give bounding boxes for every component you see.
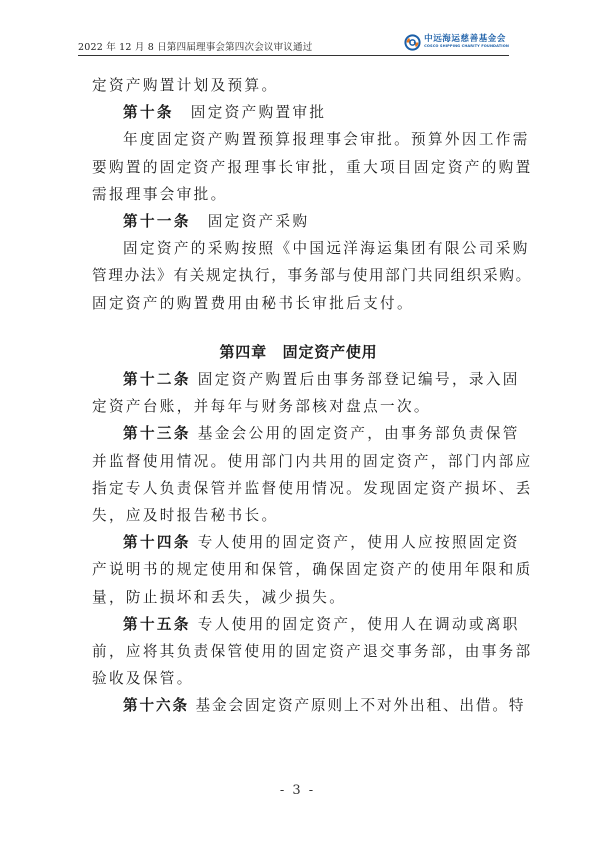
paragraph-line: 产说明书的规定使用和保管，确保固定资产的使用年限和质 <box>92 556 505 583</box>
article-15: 第十五条 专人使用的固定资产，使用人在调动或离职 <box>92 611 505 638</box>
paragraph-line: 管理办法》有关规定执行，事务部与使用部门共同组织采购。 <box>92 262 505 289</box>
article-text: 基金会公用的固定资产，由事务部负责保管 <box>198 425 520 442</box>
article-label: 第十一条 <box>123 213 191 230</box>
foundation-logo: 中远海运慈善基金会 COSCO SHIPPING CHARITY FOUNDAT… <box>404 32 509 52</box>
article-text: 专人使用的固定资产，使用人应按照固定资 <box>198 534 520 551</box>
paragraph-line: 前，应将其负责保管使用的固定资产退交事务部，由事务部 <box>92 638 505 665</box>
paragraph-line: 固定资产的采购按照《中国远洋海运集团有限公司采购 <box>92 235 505 262</box>
article-14: 第十四条 专人使用的固定资产，使用人应按照固定资 <box>92 529 505 556</box>
article-label: 第十二条 <box>123 371 191 388</box>
paragraph-line: 并监督使用情况。使用部门内共用的固定资产，部门内部应 <box>92 448 505 475</box>
paragraph-line: 量，防止损坏和丢失，减少损失。 <box>92 584 505 611</box>
paragraph-line: 失，应及时报告秘书长。 <box>92 502 505 529</box>
logo-name-cn: 中远海运慈善基金会 <box>424 35 509 44</box>
paragraph-line: 验收及保管。 <box>92 665 505 692</box>
article-label: 第十六条 <box>123 697 189 714</box>
globe-logo-icon <box>404 34 421 51</box>
paragraph-line: 定资产台账，并每年与财务部核对盘点一次。 <box>92 393 505 420</box>
paragraph-line: 指定专人负责保管并监督使用情况。发现固定资产损坏、丢 <box>92 475 505 502</box>
article-16: 第十六条 基金会固定资产原则上不对外出租、出借。特 <box>92 692 505 719</box>
article-label: 第十四条 <box>123 534 191 551</box>
paragraph-line: 需报理事会审批。 <box>92 181 505 208</box>
article-13: 第十三条 基金会公用的固定资产，由事务部负责保管 <box>92 420 505 447</box>
header-divider <box>78 55 509 56</box>
article-heading: 第十一条 固定资产采购 <box>92 208 505 235</box>
article-12: 第十二条 固定资产购置后由事务部登记编号，录入固 <box>92 366 505 393</box>
paragraph-line: 要购置的固定资产报理事长审批，重大项目固定资产的购置 <box>92 154 505 181</box>
document-body: 定资产购置计划及预算。 第十条 固定资产购置审批 年度固定资产购置预算报理事会审… <box>92 72 505 720</box>
logo-name-en: COSCO SHIPPING CHARITY FOUNDATION <box>424 45 509 49</box>
article-title: 固定资产购置审批 <box>174 104 327 121</box>
paragraph-line: 固定资产的购置费用由秘书长审批后支付。 <box>92 290 505 317</box>
article-label: 第十三条 <box>123 425 191 442</box>
page-number: - 3 - <box>0 783 595 798</box>
paragraph-line: 年度固定资产购置预算报理事会审批。预算外因工作需 <box>92 126 505 153</box>
page-header: 2022 年 12 月 8 日第四届理事会第四次会议审议通过 中远海运慈善基金会… <box>78 28 509 56</box>
article-text: 专人使用的固定资产，使用人在调动或离职 <box>198 616 520 633</box>
article-label: 第十条 <box>123 104 174 121</box>
article-label: 第十五条 <box>123 616 191 633</box>
article-heading: 第十条 固定资产购置审批 <box>92 99 505 126</box>
paragraph-line: 定资产购置计划及预算。 <box>92 72 505 99</box>
article-text: 基金会固定资产原则上不对外出租、出借。特 <box>196 697 526 714</box>
chapter-title: 第四章 固定资产使用 <box>92 339 505 366</box>
article-title: 固定资产采购 <box>191 213 310 230</box>
approval-note: 2022 年 12 月 8 日第四届理事会第四次会议审议通过 <box>78 39 312 53</box>
article-text: 固定资产购置后由事务部登记编号，录入固 <box>198 371 520 388</box>
